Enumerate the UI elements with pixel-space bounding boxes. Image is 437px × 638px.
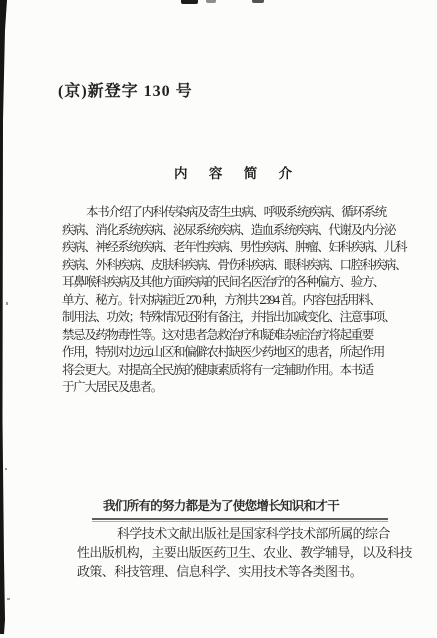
scan-speck bbox=[5, 468, 7, 470]
intro-line: 将会更大。对提高全民族的健康素质将有一定辅助作用。本书适 bbox=[62, 362, 396, 380]
intro-line: 制用法、功效；特殊情况还附有备注，并指出加减变化、注意事项、 bbox=[62, 309, 396, 327]
intro-line: 于广大居民及患者。 bbox=[62, 379, 396, 397]
publisher-line: 科学技术文献出版社是国家科学技术部所属的综合 bbox=[77, 524, 377, 543]
scan-speck bbox=[6, 302, 8, 305]
publisher-line: 性出版机构，主要出版医药卫生、农业、教学辅导，以及科技 bbox=[77, 543, 377, 562]
scan-speck bbox=[7, 598, 10, 600]
scan-spine-edge bbox=[0, 0, 8, 634]
intro-paragraph: 本书介绍了内科传染病及寄生虫病、呼吸系统疾病、循环系统 疾病、消化系统疾病、泌尿… bbox=[62, 204, 396, 397]
intro-line: 单方、秘方。针对病症近 270 种，方剂共 2394 首。内容包括用料、 bbox=[62, 292, 396, 310]
intro-line: 疾病、神经系统疾病、老年性疾病、男性疾病、肿瘤、妇科疾病、儿科 bbox=[62, 239, 396, 257]
publisher-line: 政策、科技管理、信息科学、实用技术等各类图书。 bbox=[77, 562, 377, 581]
intro-line: 作用，特别对边远山区和偏僻农村缺医少药地区的患者，所起作用 bbox=[62, 344, 396, 362]
registration-number: (京)新登字 130 号 bbox=[58, 78, 193, 101]
intro-line: 疾病、消化系统疾病、泌尿系统疾病、造血系统疾病、代谢及内分泌 bbox=[62, 222, 396, 240]
scan-artifact bbox=[206, 0, 216, 3]
scan-artifact bbox=[181, 0, 198, 4]
divider-rule bbox=[92, 518, 388, 522]
slogan-text: 我们所有的努力都是为了使您增长知识和才干 bbox=[103, 496, 339, 514]
intro-line: 疾病、外科疾病、皮肤科疾病、骨伤科疾病、眼科疾病、口腔科疾病、 bbox=[62, 257, 396, 275]
intro-line: 禁忌及药物毒性等。这对患者急救治疗和疑难杂症治疗将起重要 bbox=[62, 327, 396, 345]
book-page: (京)新登字 130 号 内 容 简 介 本书介绍了内科传染病及寄生虫病、呼吸系… bbox=[0, 0, 437, 638]
intro-line: 耳鼻喉科疾病及其他方面疾病的民间名医治疗的各种偏方、验方、 bbox=[62, 274, 396, 292]
intro-line: 本书介绍了内科传染病及寄生虫病、呼吸系统疾病、循环系统 bbox=[62, 204, 396, 222]
section-title: 内 容 简 介 bbox=[174, 162, 301, 182]
publisher-note: 科学技术文献出版社是国家科学技术部所属的综合 性出版机构，主要出版医药卫生、农业… bbox=[77, 524, 377, 581]
scan-artifact bbox=[252, 0, 264, 3]
